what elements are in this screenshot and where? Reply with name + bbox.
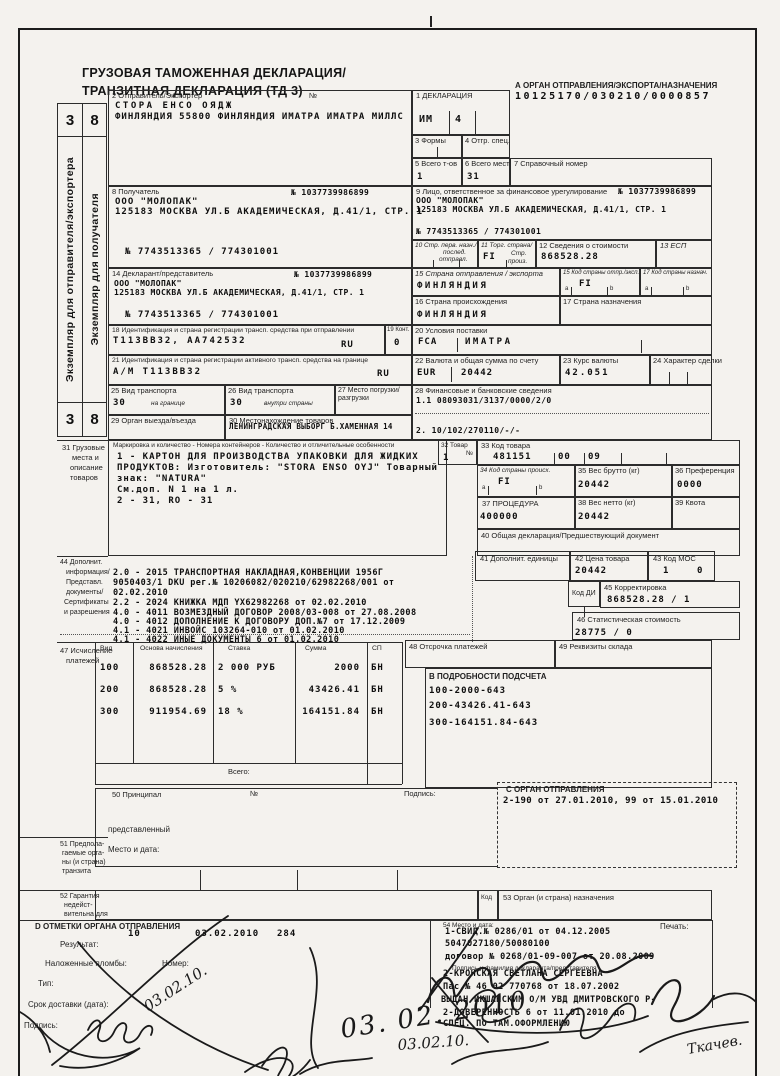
box10-tick1 (433, 260, 434, 268)
box1-divider1 (449, 111, 450, 135)
box11-tick (506, 260, 507, 268)
box31-line2: ПРОДУКТОВ: Изготовитель: "STORA ENSO OYJ… (117, 463, 438, 473)
box8-consignee: 8 Получатель № 1037739986899 ООО "МОЛОПА… (108, 186, 412, 268)
box10-first-dest: 10 Стр. перв. назн./ послед. отправл. (412, 240, 478, 268)
box51-tick1 (200, 870, 201, 890)
box18-transport-identity: 18 Идентификация и страна регистрации тр… (108, 325, 385, 355)
margin-line-31 (57, 440, 108, 441)
box29-exit-office: 29 Орган выезда/въезда (108, 415, 225, 440)
t47-bottom (95, 784, 402, 785)
box54-l5: Пас.№ 46 02 770768 от 18.07.2002 (443, 982, 620, 992)
box2-no-label: № (309, 92, 317, 100)
box28-dotted-divider (415, 413, 709, 414)
box48-payment-deferral: 48 Отсрочка платежей (405, 640, 555, 668)
box19-value: 0 (394, 338, 400, 348)
box44-label-l4: документы/ (66, 589, 103, 597)
boxD-v2: 03.02.2010 (195, 929, 259, 939)
box5-total-items: 5 Всего т-ов 1 (412, 158, 462, 186)
box9-line2: 125183 МОСКВА УЛ.Б АКАДЕМИЧЕСКАЯ, Д.41/1… (416, 205, 666, 214)
box41-supplementary-units: 41 Дополнит. единицы (475, 551, 570, 581)
box22-currency-amount: 22 Валюта и общая сумма по счету EUR 204… (412, 355, 560, 385)
t47-r2-rate: 5 % (218, 685, 237, 695)
box25-label: 25 Вид транспорта (111, 387, 177, 395)
kod-di-cell: Код ДИ (568, 581, 600, 607)
box28-label: 28 Финансовые и банковские сведения (415, 387, 552, 395)
boxD-v1: 10 (128, 929, 141, 939)
box14-label: 14 Декларант/представитель (112, 270, 213, 278)
boxD-nomer: Номер: (162, 960, 189, 969)
box53-label: 53 Орган (и страна) назначения (503, 894, 614, 902)
box18-country: RU (341, 340, 354, 350)
t47-r2-base: 868528.28 (133, 685, 207, 695)
box17a-b: b (686, 286, 689, 293)
box32-no: № (466, 450, 473, 457)
box45-label: 45 Корректировка (604, 584, 666, 592)
box12-label: 12 Сведения о стоимости (539, 242, 628, 250)
t47-h3: Ставка (228, 645, 250, 652)
box18-label: 18 Идентификация и страна регистрации тр… (112, 327, 354, 334)
scanned-declaration-page: ГРУЗОВАЯ ТАМОЖЕННАЯ ДЕКЛАРАЦИЯ/ ТРАНЗИТН… (0, 0, 780, 1076)
box10-label3: отправл. (439, 256, 468, 263)
box24-tick1 (669, 372, 670, 384)
boxC-value: 2-190 от 27.01.2010, 99 от 15.01.2010 (503, 796, 718, 806)
box3-tick (437, 147, 438, 158)
box12-value-details: 12 Сведения о стоимости 868528.28 (536, 240, 656, 268)
box9-financial-party: 9 Лицо, ответственное за финансовое урег… (412, 186, 712, 240)
box25-transport-border: 25 Вид транспорта 30 на границе (108, 385, 225, 415)
box44-label-l2: информация/ (66, 569, 110, 577)
box5-value: 1 (417, 172, 423, 182)
box31-label-l3: описание (70, 464, 103, 472)
box8-line2: 125183 МОСКВА УЛ.Б АКАДЕМИЧЕСКАЯ, Д.41/1… (115, 207, 423, 217)
box32-value: 1 (443, 453, 449, 463)
box17-destination-country: 17 Страна назначения (560, 296, 712, 325)
t47-r2-sp: БН (371, 685, 384, 695)
box24-label: 24 Характер сделки (653, 357, 722, 365)
box31-goods-description: Маркировка и количество - Номера контейн… (108, 440, 447, 556)
box15-dispatch-country: 15 Страна отправления / экспорта ФИНЛЯНД… (412, 268, 560, 296)
box33-tick1 (554, 453, 555, 465)
box42-value: 20442 (575, 566, 607, 576)
box18-value: Т113ВВ32, АА742532 (113, 336, 247, 346)
box4-loading-specs: 4 Отгр. спец. (462, 135, 510, 158)
boxD-tip: Тип: (38, 980, 54, 989)
box54-l4: 2-КРОНСКАЯ СВЕТЛАНА СЕРГЕЕВНА (443, 969, 603, 979)
copy-number-left-bottom: 3 (57, 402, 83, 437)
box45-adjustment: 45 Корректировка 868528.28 / 1 (600, 581, 740, 608)
boxA-label: А ОРГАН ОТПРАВЛЕНИЯ/ЭКСПОРТА/НАЗНАЧЕНИЯ (515, 82, 717, 91)
box50-line1: представленный (108, 826, 170, 835)
box9-no: № 1037739986899 (618, 187, 696, 196)
t47-c1 (133, 642, 134, 763)
box51-tick3 (397, 870, 398, 890)
copy-number-right-top: 8 (82, 103, 107, 137)
boxD-top-line (20, 920, 712, 921)
box17a-a: a (645, 286, 648, 293)
box7-label: 7 Справочный номер (514, 160, 588, 168)
box31-label-l2: места и (72, 454, 99, 462)
box52-kod-cell: Код (478, 890, 498, 920)
box21-value: А/М Т113ВВ32 (113, 367, 202, 377)
box2-sender: 2 Отправитель/Экспортер № СТОРА ЕНСО ОЯД… (108, 90, 412, 186)
box54-l7: 2-ДОВЕРЕННОСТЬ 6 от 11.01.2010 до (443, 1008, 625, 1018)
boxD-srok: Срок доставки (дата): (28, 1001, 109, 1010)
box15-value: ФИНЛЯНДИЯ (417, 281, 488, 291)
box33-v1: 481151 (493, 452, 532, 462)
box50-sign-label: Подпись: (404, 790, 436, 798)
boxD-pechat: Печать: (660, 923, 688, 932)
boxB-line1: 100-2000-643 (429, 686, 506, 696)
boxB-line2: 200-43426.41-643 (429, 701, 532, 711)
box9-line1: ООО "МОЛОПАК" (416, 196, 484, 205)
box1-type: ИМ (419, 114, 433, 125)
box28-line1: 1.1 08093031/3137/0000/2/0 (416, 396, 552, 405)
box16-value: ФИНЛЯНДИЯ (417, 310, 488, 320)
t47-r1-sum: 2000 (298, 663, 360, 673)
box20-label: 20 Условия поставки (415, 327, 487, 335)
box35-value: 20442 (578, 480, 610, 490)
box50-top-line (95, 788, 497, 789)
box32-label: 32 Товар (441, 442, 468, 449)
box21-label: 21 Идентификация и страна регистрации ак… (112, 357, 368, 364)
copy-label-right: Экземпляр для получателя (89, 193, 101, 345)
box9-label: 9 Лицо, ответственное за финансовое урег… (416, 188, 607, 196)
t47-r3-sp: БН (371, 707, 384, 717)
boxC-label: С ОРГАН ОТПРАВЛЕНИЯ (506, 786, 604, 795)
copy-number-left-top: 3 (57, 103, 83, 137)
t47-r3-kind: 300 (100, 707, 119, 717)
box54-l6: ВЫДАН ИКШАНСКИМ О/М УВД ДМИТРОВСКОГО Р- (441, 995, 656, 1005)
box6-total-packages: 6 Всего мест 31 (462, 158, 510, 186)
box46-label: 46 Статистическая стоимость (577, 616, 681, 624)
t47-h4: Сумма (305, 645, 326, 652)
box31-label-l4: товаров (70, 474, 98, 482)
box19-container: 19 Конт. 0 (385, 325, 412, 355)
box46-statistical-value: 46 Статистическая стоимость 28775 / 0 (572, 612, 740, 640)
box37-label: 37 ПРОЦЕДУРА (482, 500, 538, 508)
box52-kod-label: Код (481, 894, 492, 901)
box44-line1: 2.0 - 2015 ТРАНСПОРТНАЯ НАКЛАДНАЯ,КОНВЕН… (113, 568, 383, 578)
t47-c3 (295, 642, 296, 763)
t47-r1-kind: 100 (100, 663, 119, 673)
box25-value: 30 (113, 398, 126, 408)
box51-label-l1: 51 Предпола- (60, 841, 104, 849)
t47-r3-base: 911954.69 (133, 707, 207, 717)
box54-l8: СПЕЦ. ПО ТАМ.ОФОРМЛЕНИЮ (443, 1019, 570, 1029)
box31-line4: См.доп. N 1 на 1 л. (117, 485, 239, 495)
box50-no: № (250, 790, 258, 798)
box45-value: 868528.28 / 1 (607, 595, 690, 605)
box11-trading-country: 11 Торг. страна/ FI Стр. произ. (478, 240, 536, 268)
box26-sub: внутри страны (264, 400, 313, 407)
box31-line1: 1 - КАРТОН ДЛЯ ПРОИЗВОДСТВА УПАКОВКИ ДЛЯ… (117, 452, 419, 462)
box33-tick3 (621, 453, 622, 465)
box34-label: 34 Код страны происх. (480, 467, 550, 474)
box44-label-l5: Сертификаты (64, 599, 109, 607)
box39-quota: 39 Квота (672, 497, 740, 529)
box52-label-l2: недейст- (64, 902, 93, 910)
box2-line1: СТОРА ЕНСО ОЯДЖ (115, 101, 234, 111)
copy-label-left-cell: Экземпляр для отправителя/экспортера (57, 136, 83, 403)
box15a-value: FI (579, 279, 592, 289)
box37-value: 400000 (480, 512, 519, 522)
kod-di-label: Код ДИ (572, 590, 596, 598)
box8-label: 8 Получатель (112, 188, 159, 196)
box53-destination-office: 53 Орган (и страна) назначения (498, 890, 712, 920)
box51-label-l2: гаемые орга- (62, 850, 104, 858)
box54-l1: 1-СВИД.№ 0286/01 от 04.12.2005 (445, 927, 611, 937)
box33-label: 33 Код товара (481, 442, 530, 450)
box31-line3: знак: "NATURA" (117, 474, 207, 484)
box23-value: 42.051 (565, 368, 610, 378)
box22-amount: 20442 (461, 368, 493, 378)
box42-label: 42 Цена товара (575, 555, 629, 563)
copy-label-right-cell: Экземпляр для получателя (82, 136, 107, 403)
box13-label: 13 ЕСП (660, 242, 686, 250)
box51-label-l4: транзита (62, 868, 91, 876)
box52-guarantee-area (95, 890, 478, 920)
box35-gross-weight: 35 Вес брутто (кг) 20442 (575, 465, 672, 497)
boxB-calculation-details: В ПОДРОБНОСТИ ПОДСЧЕТА 100-2000-643 200-… (425, 668, 712, 788)
box14-line1: ООО "МОЛОПАК" (114, 279, 182, 288)
box1-label: 1 ДЕКЛАРАЦИЯ (416, 92, 473, 100)
box42-item-price: 42 Цена товара 20442 (570, 551, 648, 581)
box22-currency: EUR (417, 368, 436, 378)
box5-label: 5 Всего т-ов (415, 160, 457, 168)
box15-label: 15 Страна отправления / экспорта (415, 270, 543, 278)
box31-header: Маркировка и количество - Номера контейн… (113, 442, 394, 449)
box15a-a: a (565, 286, 568, 293)
t47-top (95, 642, 402, 643)
box51-margin-line (20, 837, 108, 838)
box38-value: 20442 (578, 512, 610, 522)
box52-label-l1: 52 Гарантия (60, 893, 100, 901)
box43-label: 43 Код МОС (653, 555, 696, 563)
box8-line3: № 7743513365 / 774301001 (125, 247, 279, 257)
box54-l2: 5047027180/50080100 (445, 939, 550, 949)
t47-r2-kind: 200 (100, 685, 119, 695)
box14-line3: № 7743513365 / 774301001 (125, 310, 279, 320)
box29-label: 29 Орган выезда/въезда (111, 417, 196, 425)
boxB-line3: 300-164151.84-643 (429, 718, 538, 728)
box7-reference-number: 7 Справочный номер (510, 158, 712, 186)
box3-forms: 3 Формы (412, 135, 462, 158)
box33-v3: 09 (588, 452, 601, 462)
box24-transaction-nature: 24 Характер сделки (650, 355, 712, 385)
box37-procedure: 37 ПРОЦЕДУРА 400000 (477, 497, 575, 529)
boxD-rezultat: Результат: (60, 941, 99, 950)
copy-number-right-bottom: 8 (82, 402, 107, 437)
t47-total-label: Всего: (228, 768, 250, 776)
box28-line2: 2. 10/102/270110/-/- (416, 426, 520, 435)
box14-declarant: 14 Декларант/представитель № 10377399868… (108, 268, 412, 325)
box14-line2: 125183 МОСКВА УЛ.Б АКАДЕМИЧЕСКАЯ, Д.41/1… (114, 288, 364, 297)
box3-label: 3 Формы (415, 137, 446, 145)
box23-label: 23 Курс валюты (563, 357, 618, 365)
box27-loading-place: 27 Место погрузки/разгрузки (335, 385, 412, 415)
box38-label: 38 Вес нетто (кг) (578, 499, 636, 507)
box31-line5: 2 - 31, RO - 31 (117, 496, 213, 506)
box41-label: 41 Дополнит. единицы (480, 555, 558, 563)
t47-right (402, 642, 403, 784)
box46-value: 28775 / 0 (575, 628, 633, 638)
boxC-departure-office: С ОРГАН ОТПРАВЛЕНИЯ 2-190 от 27.01.2010,… (497, 782, 737, 868)
box20-v2: ИМАТРА (465, 337, 513, 347)
box22-label: 22 Валюта и общая сумма по счету (415, 357, 538, 365)
box35-label: 35 Вес брутто (кг) (578, 467, 640, 475)
box27-label: 27 Место погрузки/разгрузки (338, 387, 410, 402)
box19-label: 19 Конт. (387, 327, 409, 334)
boxD-plomby: Наложенные пломбы: (45, 960, 127, 969)
boxA-value: 10125170/030210/0000857 (515, 91, 711, 102)
box4-label: 4 Отгр. спец. (465, 137, 510, 145)
box44-label-l1: 44 Дополнит. (60, 559, 102, 567)
box34-tick-b (536, 486, 537, 495)
box40-label: 40 Общая декларация/Предшествующий докум… (481, 532, 659, 540)
box50-line2: Место и дата: (108, 846, 159, 855)
box9-line3: № 7743513365 / 774301001 (416, 227, 541, 236)
margin-line-47 (57, 642, 95, 643)
box22-divider (451, 367, 452, 382)
box44-line2: 9050403/1 DKU рег.№ 10206082/020210/6298… (113, 578, 394, 588)
box34-a: a (482, 485, 485, 492)
box20-delivery-terms: 20 Условия поставки FCA ИМАТРА (412, 325, 712, 355)
box20-tick1 (457, 338, 458, 352)
box54-right-border (712, 920, 713, 1008)
box43-v2: 0 (697, 566, 703, 576)
box11-label3: произ. (508, 258, 527, 265)
box15a-label: 15 Код страны отпр./эксп. (563, 270, 639, 277)
box16-origin-country: 16 Страна происхождения ФИНЛЯНДИЯ (412, 296, 560, 325)
box1-declaration: 1 ДЕКЛАРАЦИЯ ИМ 4 (412, 90, 510, 135)
box44-line3: 02.02.2010 (113, 588, 168, 598)
t47-h1: Вид (100, 645, 112, 652)
box34-value: FI (498, 477, 511, 487)
box6-value: 31 (467, 172, 480, 182)
box36-label: 36 Преференция (675, 467, 735, 475)
box54-left-border (430, 920, 431, 1008)
box33-tick4 (666, 453, 667, 465)
box34-b: b (539, 485, 542, 492)
box14-no: № 1037739986899 (294, 270, 372, 279)
box50-label: 50 Принципал (112, 791, 161, 799)
box54-l3: договор № 0268/01-09-007 от 20.08.2009 (445, 952, 655, 962)
box23-exchange-rate: 23 Курс валюты 42.051 (560, 355, 650, 385)
box1-code: 4 (455, 114, 462, 125)
boxD-v3: 284 (277, 929, 296, 939)
box10-tick2 (459, 260, 460, 268)
box43-v1: 1 (663, 566, 669, 576)
box33-commodity-code: 33 Код товара 481151 00 09 (477, 440, 740, 465)
box21-active-transport: 21 Идентификация и страна регистрации ак… (108, 355, 412, 385)
box1-divider2 (475, 111, 476, 135)
box30-value: ЛЕНИНГРАДСКАЯ ВЫБОРГ Б.ХАМЕННАЯ 14 (229, 422, 393, 431)
box25-sub: на границе (151, 400, 185, 407)
box11-label2: Стр. (511, 250, 526, 257)
box21-country: RU (377, 369, 390, 379)
box44-dotted-border (472, 556, 473, 642)
box12-value: 868528.28 (541, 252, 599, 262)
box26-transport-inland: 26 Вид транспорта 30 внутри страны (225, 385, 335, 415)
box16-label: 16 Страна происхождения (415, 298, 507, 306)
t47-r3-rate: 18 % (218, 707, 244, 717)
t47-total-top (95, 763, 402, 764)
box26-value: 30 (230, 398, 243, 408)
copy-label-left: Экземпляр для отправителя/экспортера (64, 157, 76, 382)
box17-label: 17 Страна назначения (563, 298, 641, 306)
t47-r2-sum: 43426.41 (298, 685, 360, 695)
box11-label1: 11 Торг. страна/ (481, 242, 532, 249)
box17a-tick-b (683, 287, 684, 296)
document-title-line1: ГРУЗОВАЯ ТАМОЖЕННАЯ ДЕКЛАРАЦИЯ/ (82, 66, 346, 80)
box44-line4: 2.2 - 2024 КНИЖКА МДП YX62982268 от 02.0… (113, 598, 367, 608)
box49-warehouse-details: 49 Реквизиты склада (555, 640, 712, 668)
box11-value: FI (483, 252, 496, 262)
box34-origin-code: 34 Код страны происх. FI a b (477, 465, 575, 497)
box51-inner-line (95, 866, 497, 867)
box24-tick2 (687, 372, 688, 384)
box17a-label: 17 Код страны назнач. (643, 270, 708, 277)
box34-tick-a (488, 486, 489, 495)
margin-line-44 (57, 556, 108, 557)
box20-v1: FCA (418, 337, 437, 347)
box33-v2: 00 (558, 452, 571, 462)
box17a-dest-code: 17 Код страны назнач. a b (640, 268, 712, 296)
t47-r1-rate: 2 000 РУБ (218, 663, 276, 673)
scan-artifact-mark (430, 16, 432, 27)
t47-r3-sum: 164151.84 (298, 707, 360, 717)
box17a-tick-a (651, 287, 652, 296)
box13-cap: 13 ЕСП (656, 240, 712, 268)
box8-no: № 1037739986899 (291, 188, 369, 197)
box15a-tick-a (571, 287, 572, 296)
box30-goods-location: 30 Местонахождение товаров ЛЕНИНГРАДСКАЯ… (225, 415, 412, 440)
box36-value: 0000 (677, 480, 703, 490)
boxD-podpis: Подпись: (24, 1022, 58, 1031)
box39-label: 39 Квота (675, 499, 705, 507)
box15a-tick-b (607, 287, 608, 296)
boxD-label: D ОТМЕТКИ ОРГАНА ОТПРАВЛЕНИЯ (35, 923, 180, 932)
boxB-label: В ПОДРОБНОСТИ ПОДСЧЕТА (429, 673, 546, 682)
dotted-separator-44 (60, 634, 470, 635)
box31-label-l1: 31 Грузовые (62, 444, 105, 452)
box28-financial-banking: 28 Финансовые и банковские сведения 1.1 … (412, 385, 712, 440)
box44-label-l6: и разрешения (64, 609, 110, 617)
box2-line2: ФИНЛЯНДИЯ 55800 ФИНЛЯНДИЯ ИМАТРА ИМАТРА … (115, 112, 404, 122)
t47-h5: СП (372, 645, 382, 652)
box8-line1: ООО "МОЛОПАК" (115, 197, 198, 207)
box2-label: 2 Отправитель/Экспортер (112, 92, 202, 100)
box44-line8: 4.1 - 4022 ИНЫЕ ДОКУМЕНТЫ 6 от 01.02.201… (113, 635, 339, 645)
box20-tick2 (641, 340, 642, 353)
box26-label: 26 Вид транспорта (228, 387, 294, 395)
t47-r1-sp: БН (371, 663, 384, 673)
box15a-dispatch-code: 15 Код страны отпр./эксп. FI a b (560, 268, 640, 296)
box48-label: 48 Отсрочка платежей (409, 643, 487, 651)
box49-label: 49 Реквизиты склада (559, 643, 632, 651)
box36-preference: 36 Преференция 0000 (672, 465, 740, 497)
box32-item-number: 32 Товар 1 № (438, 440, 477, 465)
box38-net-weight: 38 Вес нетто (кг) 20442 (575, 497, 672, 529)
box51-tick2 (297, 870, 298, 890)
box6-label: 6 Всего мест (465, 160, 510, 168)
t47-r1-base: 868528.28 (133, 663, 207, 673)
t47-c2 (213, 642, 214, 763)
t47-h2: Основа начисления (140, 645, 203, 652)
box15a-b: b (610, 286, 613, 293)
box43-mos-code: 43 Код МОС 1 0 (648, 551, 715, 581)
box44-label-l3: Представл. (66, 579, 103, 587)
